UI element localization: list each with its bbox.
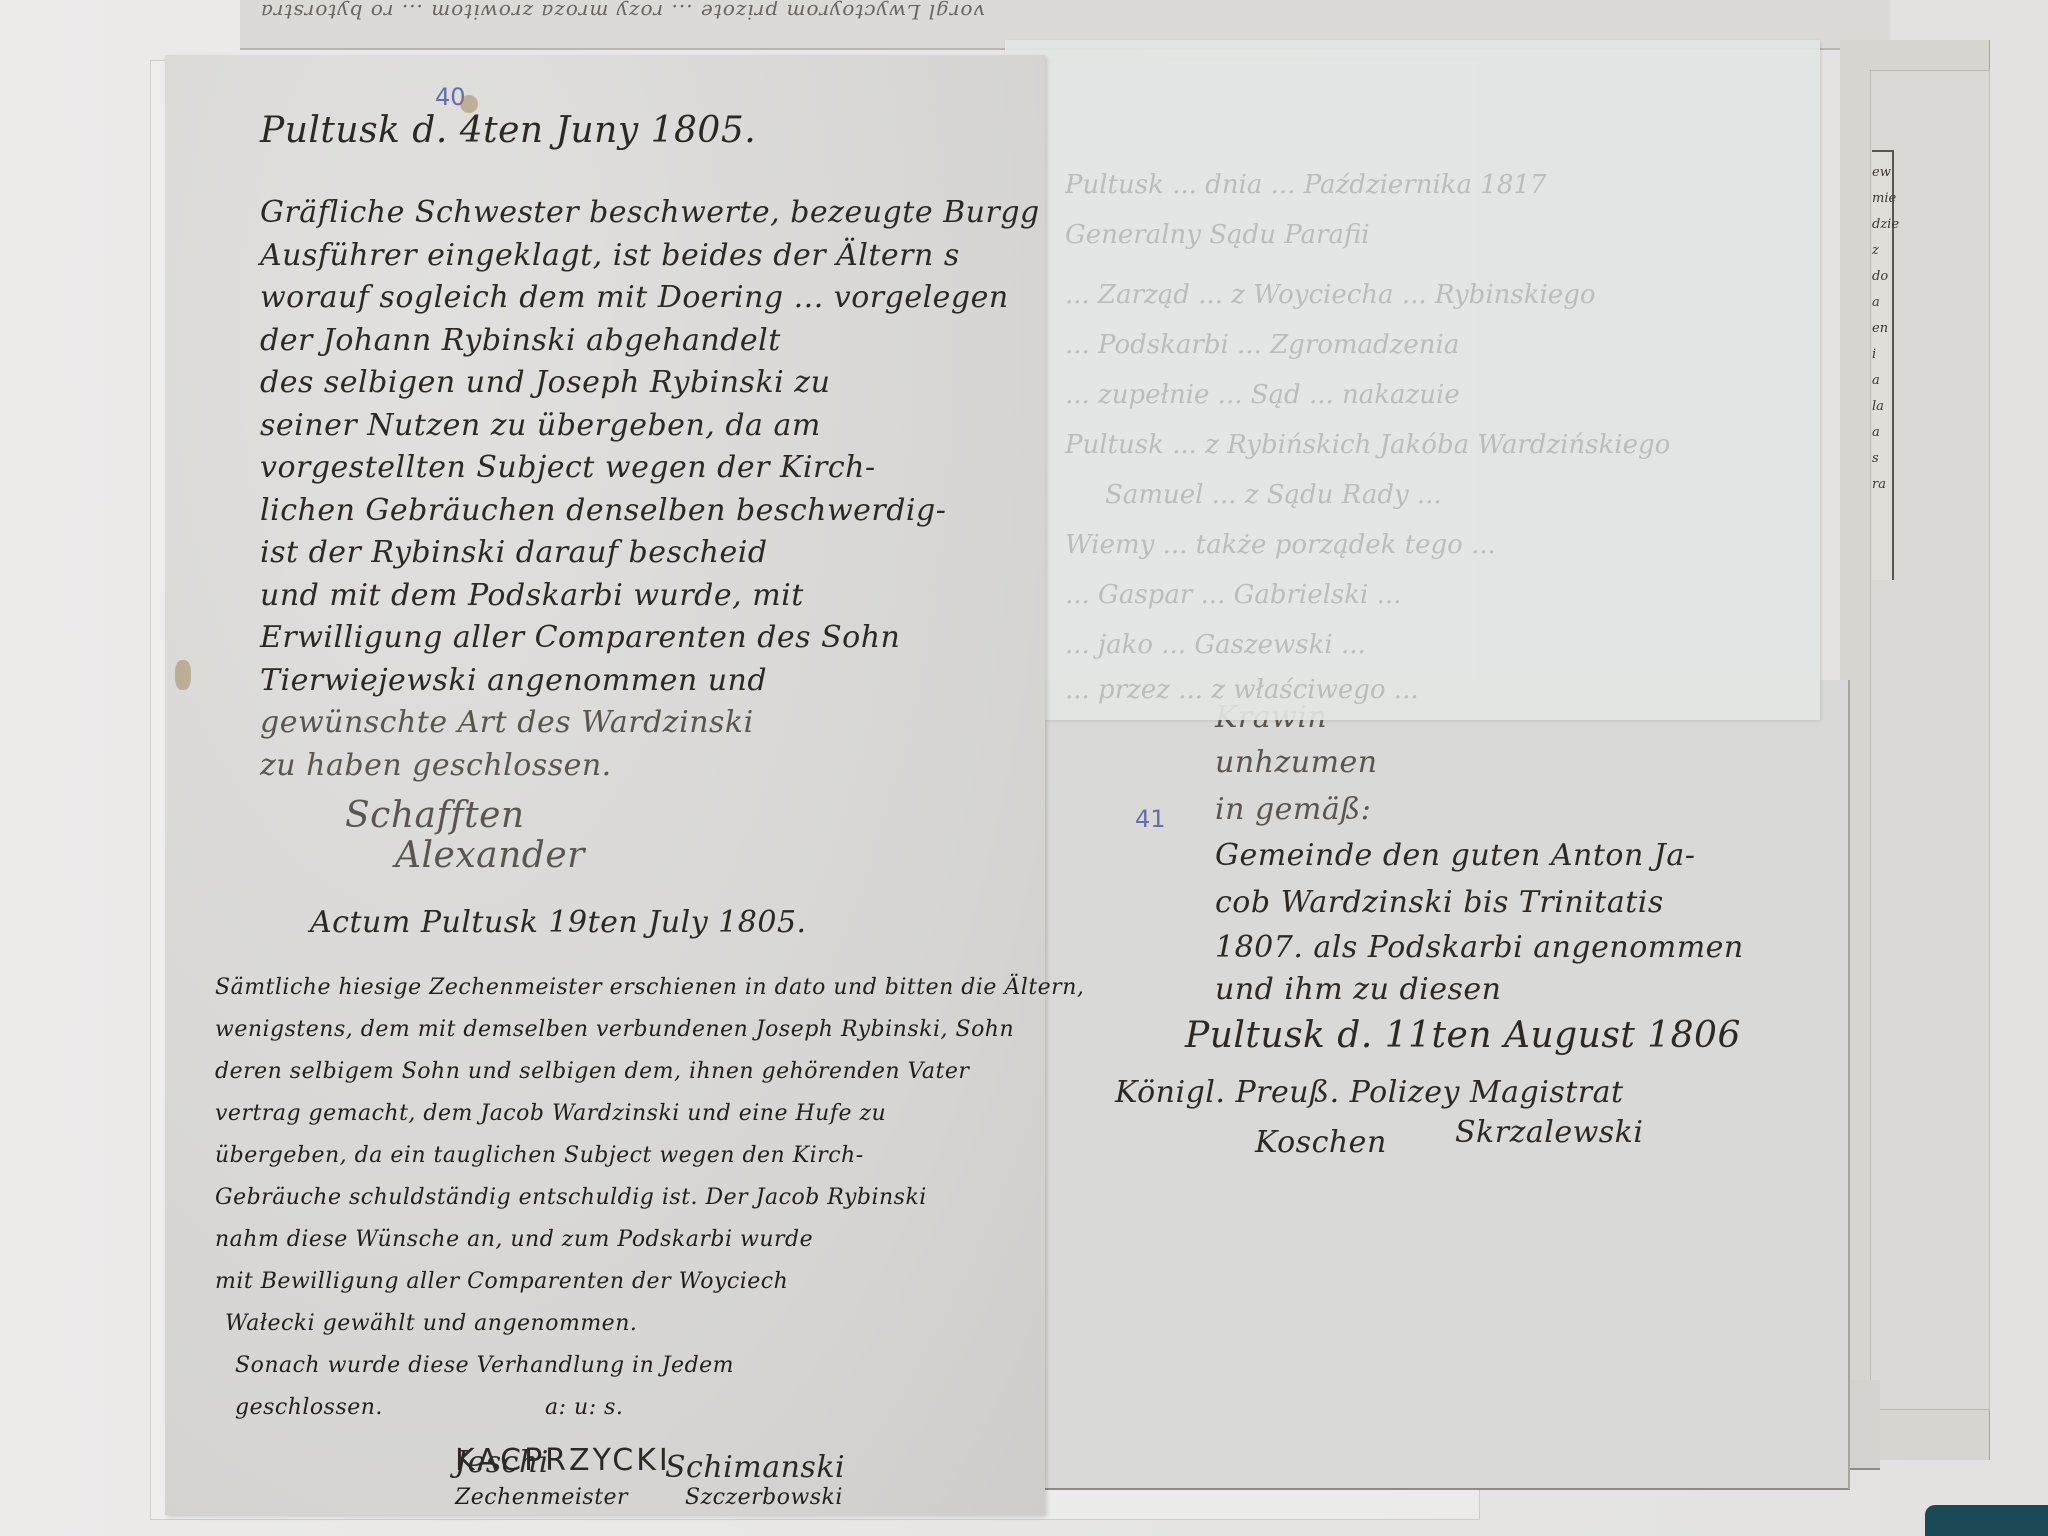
handwritten-line: seiner Nutzen zu übergeben, da am [260,408,821,443]
ghost-text-line: ... Podskarbi ... Zgromadzenia [1065,330,1459,360]
handwritten-line: der Johann Rybinski abgehandelt [260,323,781,358]
ghost-text-line: ... jako ... Gaszewski ... [1065,630,1366,660]
upside-down-text: vorgl Lwyctoyrom prizote ... rozy mroza … [260,0,985,24]
handwritten-line: zu haben geschlossen. [260,748,612,783]
handwritten-line: worauf sogleich dem mit Doering ... vorg… [260,280,1009,315]
handwritten-line: cob Wardzinski bis Trinitatis [1215,885,1664,920]
right-page-folio-41: 41 Krawin unhzumen in gemäß: Gemeinde de… [1045,680,1850,1490]
handwritten-line: Erwilligung aller Comparenten des Sohn [260,620,900,655]
entry-heading: Actum Pultusk 19ten July 1805. [310,905,807,940]
handwritten-line: vertrag gemacht, dem Jacob Wardzinski un… [215,1101,886,1126]
handwritten-line: und mit dem Podskarbi wurde, mit [260,578,804,613]
ghost-text-line: Pultusk ... z Rybińskich Jakóba Wardzińs… [1065,430,1670,460]
entry-heading: Pultusk d. 4ten Juny 1805. [260,110,756,151]
translucent-overlay-sheet: Pultusk ... dnia ... Października 1817 G… [1005,40,1820,720]
signature: Zechenmeister [455,1485,628,1510]
handwritten-line: Gemeinde den guten Anton Ja- [1215,838,1695,873]
signature: Alexander [395,835,585,876]
ghost-text-line: Generalny Sądu Parafii [1065,220,1370,250]
handwritten-line: deren selbigem Sohn und selbigen dem, ih… [215,1059,969,1084]
handwritten-line: Sonach wurde diese Verhandlung in Jedem [235,1353,734,1378]
handwritten-line: Sämtliche hiesige Zechenmeister erschien… [215,975,1084,1000]
handwritten-line: vorgestellten Subject wegen der Kirch- [260,450,876,485]
ghost-text-line: ... zupełnie ... Sąd ... nakazuie [1065,380,1460,410]
ghost-text-line: ... Zarząd ... z Woyciecha ... Rybinskie… [1065,280,1596,310]
ghost-text-line: Wiemy ... także porządek tego ... [1065,530,1496,560]
signature: Schimanski [665,1450,845,1485]
ledger-strip-text: ew mie dzie z do a en i a la a s ra [1872,160,1894,498]
document-date: Pultusk d. 11ten August 1806 [1185,1015,1741,1056]
handwritten-line: Wałecki gewählt und angenommen. [225,1311,637,1336]
ghost-text-line: ... Gaspar ... Gabrielski ... [1065,580,1401,610]
printed-signature: KACPRZYCKI [455,1443,671,1478]
issuing-office: Königl. Preuß. Polizey Magistrat [1115,1075,1624,1110]
handwritten-line: nahm diese Wünsche an, und zum Podskarbi… [215,1227,813,1252]
handwritten-line: Tierwiejewski angenommen und [260,663,767,698]
ledger-fragment: en [1872,316,1894,342]
ledger-fragment: la [1872,394,1894,420]
ledger-fragment: a [1872,420,1894,446]
teal-folder-corner [1925,1505,2048,1536]
handwritten-line: unhzumen [1215,745,1378,780]
left-page-folio-40: 40 Pultusk d. 4ten Juny 1805. Gräfliche … [165,55,1045,1515]
handwritten-line: 1807. als Podskarbi angenommen [1215,930,1744,965]
ledger-fragment: do [1872,264,1894,290]
ledger-fragment: a [1872,368,1894,394]
handwritten-line: Ausführer eingeklagt, ist beides der Ält… [260,238,960,273]
ghost-text-line: ... przez ... z właściwego ... [1065,675,1419,705]
ledger-fragment: dzie [1872,212,1894,238]
ledger-fragment: ra [1872,472,1894,498]
ledger-fragment: ew [1872,160,1894,186]
handwritten-line: Gräfliche Schwester beschwerte, bezeugte… [260,195,1040,230]
ledger-fragment: mie [1872,186,1894,212]
ghost-text-line: Samuel ... z Sądu Rady ... [1105,480,1442,510]
signature: Koschen [1255,1125,1387,1160]
handwritten-line: übergeben, da ein tauglichen Subject weg… [215,1143,864,1168]
handwritten-line: des selbigen und Joseph Rybinski zu [260,365,830,400]
handwritten-line: gewünschte Art des Wardzinski [260,705,754,740]
handwritten-line: ist der Rybinski darauf bescheid [260,535,768,570]
ledger-fragment: i [1872,342,1894,368]
signature: Szczerbowski [685,1485,843,1510]
ledger-fragment: a [1872,290,1894,316]
handwritten-line: Gebräuche schuldständig entschuldig ist.… [215,1185,927,1210]
folio-number: 41 [1135,805,1166,833]
handwritten-line: mit Bewilligung aller Comparenten der Wo… [215,1269,788,1294]
closing-abbrev: a: u: s. [545,1395,623,1420]
ghost-text-line: Pultusk ... dnia ... Października 1817 [1065,170,1546,200]
handwritten-line: geschlossen. [235,1395,383,1420]
ledger-fragment: s [1872,446,1894,472]
ledger-fragment: z [1872,238,1894,264]
handwritten-line: lichen Gebräuchen denselben beschwerdig- [260,493,946,528]
signature: Skrzalewski [1455,1115,1643,1150]
handwritten-line: und ihm zu diesen [1215,972,1501,1007]
signature: Schafften [345,795,525,836]
handwritten-line: in gemäß: [1215,792,1371,827]
water-stain [175,660,191,690]
handwritten-line: wenigstens, dem mit demselben verbundene… [215,1017,1014,1042]
